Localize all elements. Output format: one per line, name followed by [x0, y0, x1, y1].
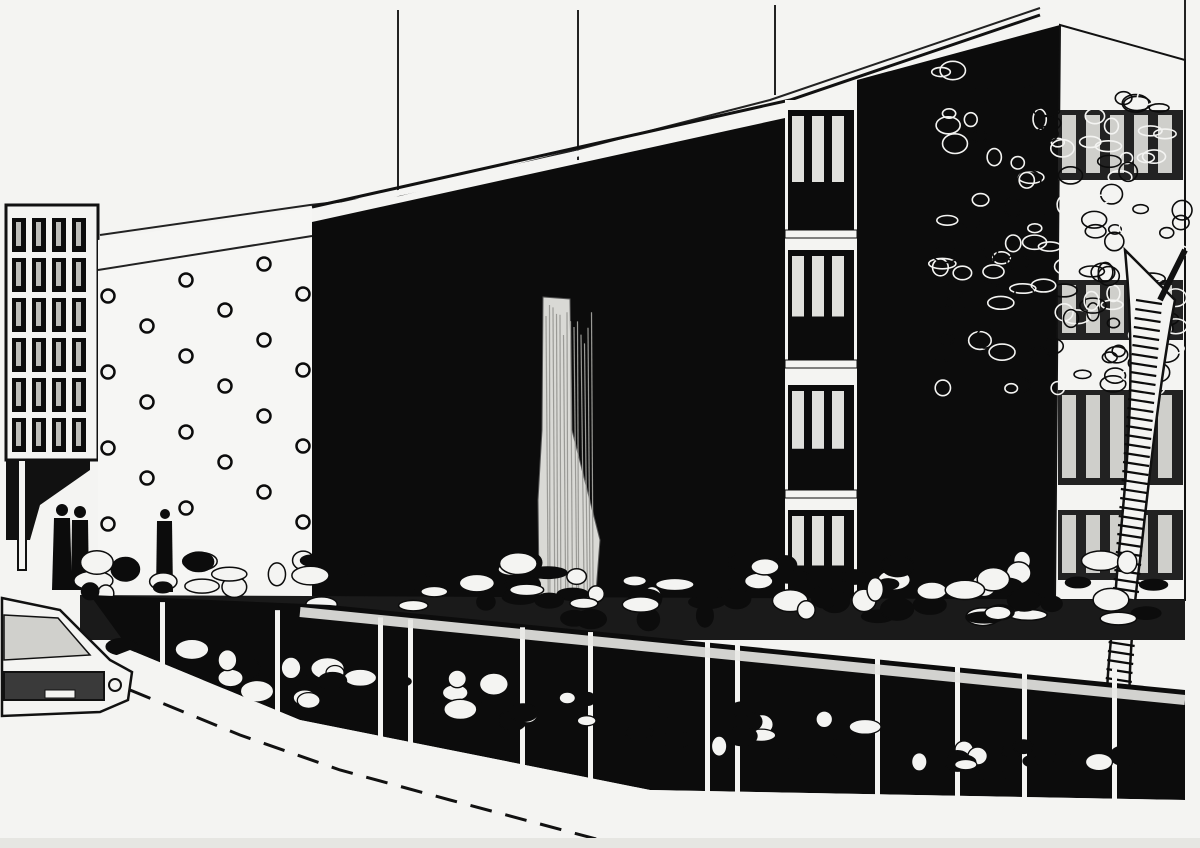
porthole [141, 396, 154, 409]
architectural-drawing: Black-and-white ink drawing of a moderni… [0, 0, 1200, 848]
porthole [258, 258, 271, 271]
porthole [102, 366, 115, 379]
column [705, 640, 710, 799]
porthole [180, 502, 193, 515]
porthole [297, 288, 310, 301]
porthole [141, 320, 154, 333]
porthole [258, 410, 271, 423]
porthole [180, 274, 193, 287]
window-column [785, 100, 857, 608]
porthole [180, 350, 193, 363]
porthole [219, 456, 232, 469]
porthole [297, 516, 310, 529]
porthole [102, 442, 115, 455]
porthole [180, 426, 193, 439]
column [588, 632, 593, 793]
porthole [258, 486, 271, 499]
porthole [219, 304, 232, 317]
porthole [258, 334, 271, 347]
porthole [102, 518, 115, 531]
porthole [297, 364, 310, 377]
porthole [219, 380, 232, 393]
porthole-wall [98, 208, 312, 580]
porthole [297, 440, 310, 453]
paper-edge [0, 838, 1200, 848]
porthole [141, 472, 154, 485]
porthole [102, 290, 115, 303]
dark-block-right [857, 25, 1060, 600]
